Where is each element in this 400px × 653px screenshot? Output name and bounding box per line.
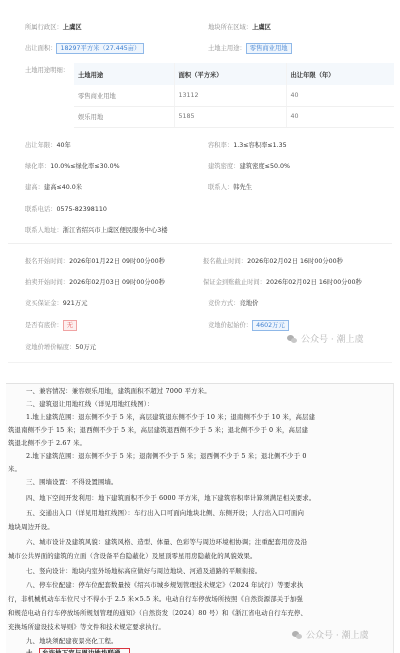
building-density: 建筑密度：建筑密度≤50.0% (208, 162, 290, 171)
doc-line: 充换场所建设技术导则》等文件和技术规定要求执行。 (8, 623, 165, 632)
building-height: 建高：建高≤40.0米 (25, 183, 82, 192)
plot-area-region: 地块所在区域：上虞区 (208, 23, 271, 32)
reg-end: 报名截止时间：2026年02月02日 16时00分00秒 (203, 257, 343, 266)
table-row: 娱乐用地 5185 40 (74, 106, 394, 127)
transfer-term: 出让年限：40年 (25, 141, 71, 150)
cell-use: 零售商业用地 (74, 85, 174, 106)
doc-line: 五、交通出入口（详见用地红线图）：车行出入口可面向地块北侧、东侧开设；人行出入口… (26, 509, 304, 518)
doc-line: 八、停车位配建：停车位配套数量按《绍兴市城乡规划管理技术规定》（2024 年试行… (26, 581, 303, 590)
watermark-bottom: 公众号 · 潮上虞 (292, 628, 369, 641)
green-rate-value: 10.0%≤绿化率≤30.0% (50, 163, 119, 170)
col-header-use: 土地用途 (74, 63, 174, 85)
reserve-price: 是否有底价：无 (25, 320, 77, 331)
cell-term: 40 (286, 106, 394, 127)
deposit-end-value: 2026年02月02日 16时00分00秒 (266, 279, 362, 286)
contact-person: 联系人：韩先生 (208, 183, 252, 192)
plot-ratio-value: 1.3≤容积率≤1.35 (233, 142, 286, 149)
deposit: 竞买保证金：921万元 (25, 299, 87, 308)
doc-line: 地块周边开设。 (8, 523, 54, 532)
bid-method-value: 竞地价 (239, 300, 258, 307)
main-use-tag: 零售商业用地 (246, 43, 292, 54)
doc-line: 筑退南侧不少于 15 米；退西侧不少于 5 米，高层建筑退西侧不少于 5 米；退… (8, 426, 308, 435)
admin-district-value: 上虞区 (63, 24, 82, 31)
auction-start-value: 2026年02月03日 09时00分00秒 (69, 279, 165, 286)
main-use: 土地主用途：零售商业用地 (208, 43, 292, 54)
doc-line: 城市公共界面的建筑的立面（含设备平台隐蔽化）及屋顶零星用房隐蔽化的风貌效果。 (8, 552, 257, 561)
watermark-top: 公众号 · 潮上虞 (287, 332, 364, 345)
start-price: 竞地价起始价：4602万元 (208, 320, 289, 331)
cell-area: 13112 (174, 85, 286, 106)
plot-ratio: 容积率：1.3≤容积率≤1.35 (208, 141, 287, 150)
cell-use: 娱乐用地 (74, 106, 174, 127)
plot-area-region-label: 地块所在区域： (208, 24, 252, 31)
col-header-area: 面积（平方米） (174, 63, 286, 85)
contact-person-value: 韩先生 (233, 184, 252, 191)
doc-line: 三、围墙设置：不得设置围墙。 (26, 478, 118, 487)
doc-line: 米。 (8, 465, 21, 474)
land-info-panel: 所属行政区：上虞区 地块所在区域：上虞区 出让面积：18297平方米（27.44… (0, 0, 400, 370)
col-header-term: 出让年限（年） (286, 63, 394, 85)
contact-address-value: 浙江省绍兴市上虞区便民服务中心3楼 (63, 227, 168, 234)
increment-value: 50万元 (75, 344, 96, 351)
cell-area: 5185 (174, 106, 286, 127)
doc-line: 二、建筑退让用地红线（详见用地红线图）： (26, 400, 154, 409)
contact-phone: 联系电话：0575-82398110 (25, 205, 107, 214)
doc-line: 九、地块须配建夜景亮化工程。 (26, 637, 118, 646)
table-header-row: 土地用途 面积（平方米） 出让年限（年） (74, 63, 394, 85)
admin-district: 所属行政区：上虞区 (25, 23, 82, 32)
panel-bottom-divider (8, 362, 392, 363)
cell-term: 40 (286, 85, 394, 106)
doc-line: 四、地下空间开发利用：地下建筑面积不少于 6000 平方米，地下建筑容积率计算须… (26, 494, 315, 503)
auction-start: 拍卖开始时间：2026年02月03日 09时00分00秒 (25, 278, 165, 287)
doc-line-last: 十、允许地下室与周边地块联通。 (26, 648, 130, 653)
contact-phone-value: 0575-82398110 (56, 206, 106, 213)
document-scan: 一、兼容情况：兼容娱乐用地，建筑面积不超过 7000 平方米。 二、建筑退让用地… (6, 383, 394, 653)
table-row: 零售商业用地 13112 40 (74, 85, 394, 106)
doc-line: 筑退北侧不少于 2.67 米。 (8, 439, 86, 448)
doc-line: 和规范电动自行车停放场所规划管理的通知》（自然资发〔2024〕80 号）和《浙江… (8, 609, 307, 618)
deposit-end: 保证金到账截止时间：2026年02月02日 16时00分00秒 (203, 278, 362, 287)
doc-line: 七、竖向设计：地块内室外场地标高应做好与周边地块、河道及道路的平顺衔接。 (26, 567, 261, 576)
transfer-area-label: 出让面积： (25, 45, 56, 52)
reg-start-value: 2026年01月22日 09时00分00秒 (69, 258, 165, 265)
reg-start: 报名开始时间：2026年01月22日 09时00分00秒 (25, 257, 165, 266)
green-rate: 绿化率：10.0%≤绿化率≤30.0% (25, 162, 120, 171)
building-height-value: 建高≤40.0米 (44, 184, 82, 191)
start-price-tag: 4602万元 (252, 320, 289, 331)
deposit-value: 921万元 (63, 300, 88, 307)
contact-address: 联系人地址：浙江省绍兴市上虞区便民服务中心3楼 (25, 226, 168, 235)
reg-end-value: 2026年02月02日 16时00分00秒 (247, 258, 343, 265)
main-use-label: 土地主用途： (208, 45, 246, 52)
plot-area-region-value: 上虞区 (252, 24, 271, 31)
bid-method: 竞价方式：竞地价 (208, 299, 258, 308)
transfer-term-value: 40年 (56, 142, 70, 149)
doc-line: 一、兼容情况：兼容娱乐用地，建筑面积不超过 7000 平方米。 (26, 387, 211, 396)
section-divider (8, 243, 392, 244)
doc-line: 2.地下建筑范围：退东侧不少于 5 米；退南侧不少于 5 米；退西侧不少于 5 … (26, 452, 307, 461)
doc-line: 六、城市设计及建筑风貌：建筑风格、造型、体量、色彩等与周边环境相协调；注重配套用… (26, 538, 307, 547)
building-density-value: 建筑密度≤50.0% (239, 163, 289, 170)
increment: 竞地价增价幅度：50万元 (25, 343, 96, 352)
doc-line: 行，非机械机动车车位尺寸不得小于 2.5 米×5.5 米。电动自行车停放场所按照… (8, 595, 303, 604)
doc-line: 1.地上建筑范围：退东侧不少于 5 米，高层建筑退东侧不少于 10 米；退南侧不… (26, 413, 315, 422)
use-detail-label: 土地用途明细： (25, 66, 69, 75)
reserve-price-tag: 无 (63, 320, 77, 331)
transfer-area-tag: 18297平方米（27.445亩） (56, 43, 144, 54)
wechat-icon (292, 631, 303, 639)
highlighted-clause: 允许地下室与周边地块联通。 (39, 648, 130, 653)
admin-district-label: 所属行政区： (25, 24, 63, 31)
land-use-table: 土地用途 面积（平方米） 出让年限（年） 零售商业用地 13112 40 娱乐用… (74, 63, 394, 128)
transfer-area: 出让面积：18297平方米（27.445亩） (25, 43, 144, 54)
wechat-icon (287, 335, 298, 343)
